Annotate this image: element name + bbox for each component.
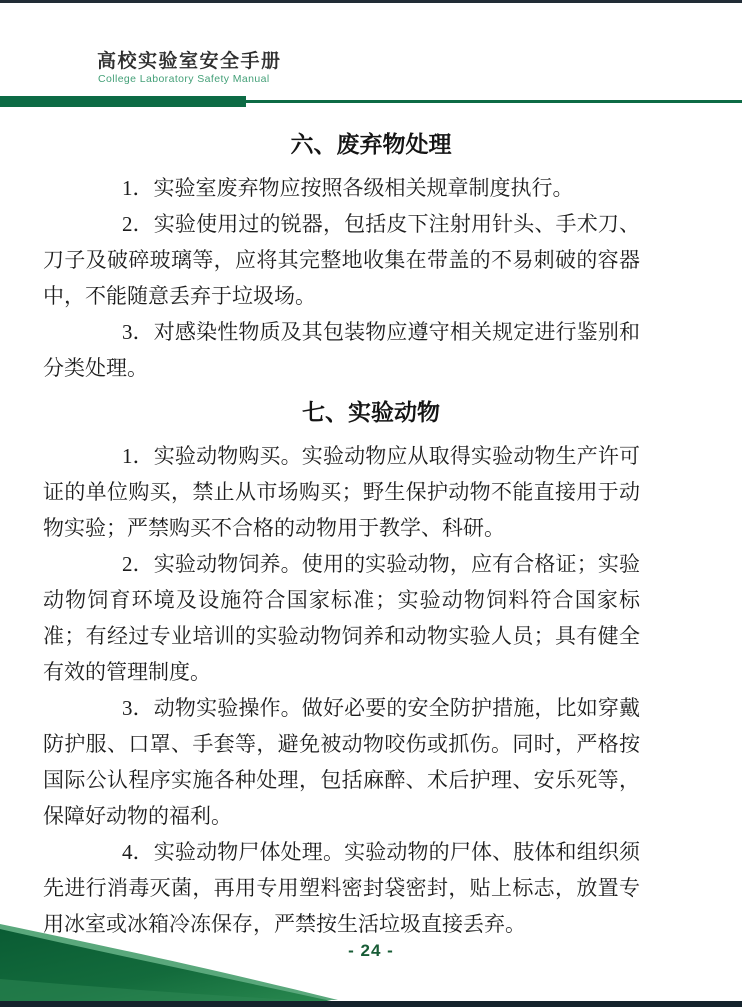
paragraph: 2．实验动物饲养。使用的实验动物，应有合格证；实验动物饲育环境及设施符合国家标准… [43, 546, 640, 690]
header-rule-thin [246, 100, 742, 103]
paragraph: 3．动物实验操作。做好必要的安全防护措施，比如穿戴防护服、口罩、手套等，避免被动… [43, 690, 640, 834]
bottom-bar [0, 1001, 742, 1007]
paragraph: 1．实验动物购买。实验动物应从取得实验动物生产许可证的单位购买，禁止从市场购买；… [43, 438, 640, 546]
section-heading-waste-disposal: 六、废弃物处理 [0, 124, 742, 164]
manual-title: 高校实验室安全手册 [97, 46, 282, 73]
section-heading-laboratory-animals: 七、实验动物 [0, 392, 742, 432]
paragraph: 2．实验使用过的锐器，包括皮下注射用针头、手术刀、刀子及破碎玻璃等，应将其完整地… [43, 206, 640, 314]
paragraph: 3．对感染性物质及其包装物应遵守相关规定进行鉴别和分类处理。 [43, 314, 640, 386]
page-number: - 24 - [0, 941, 742, 961]
manual-subtitle: College Laboratory Safety Manual [98, 73, 270, 85]
section-laboratory-animals: 七、实验动物 1．实验动物购买。实验动物应从取得实验动物生产许可证的单位购买，禁… [43, 392, 640, 942]
green-swoosh-decoration [0, 917, 742, 1007]
header-rule-thick [0, 96, 246, 107]
document-body: 六、废弃物处理 1．实验室废弃物应按照各级相关规章制度执行。 2．实验使用过的锐… [43, 124, 640, 942]
paragraph: 1．实验室废弃物应按照各级相关规章制度执行。 [43, 170, 640, 206]
manual-page: 高校实验室安全手册 College Laboratory Safety Manu… [0, 0, 742, 1007]
page-header: 高校实验室安全手册 College Laboratory Safety Manu… [0, 0, 742, 110]
section-waste-disposal: 六、废弃物处理 1．实验室废弃物应按照各级相关规章制度执行。 2．实验使用过的锐… [43, 124, 640, 386]
